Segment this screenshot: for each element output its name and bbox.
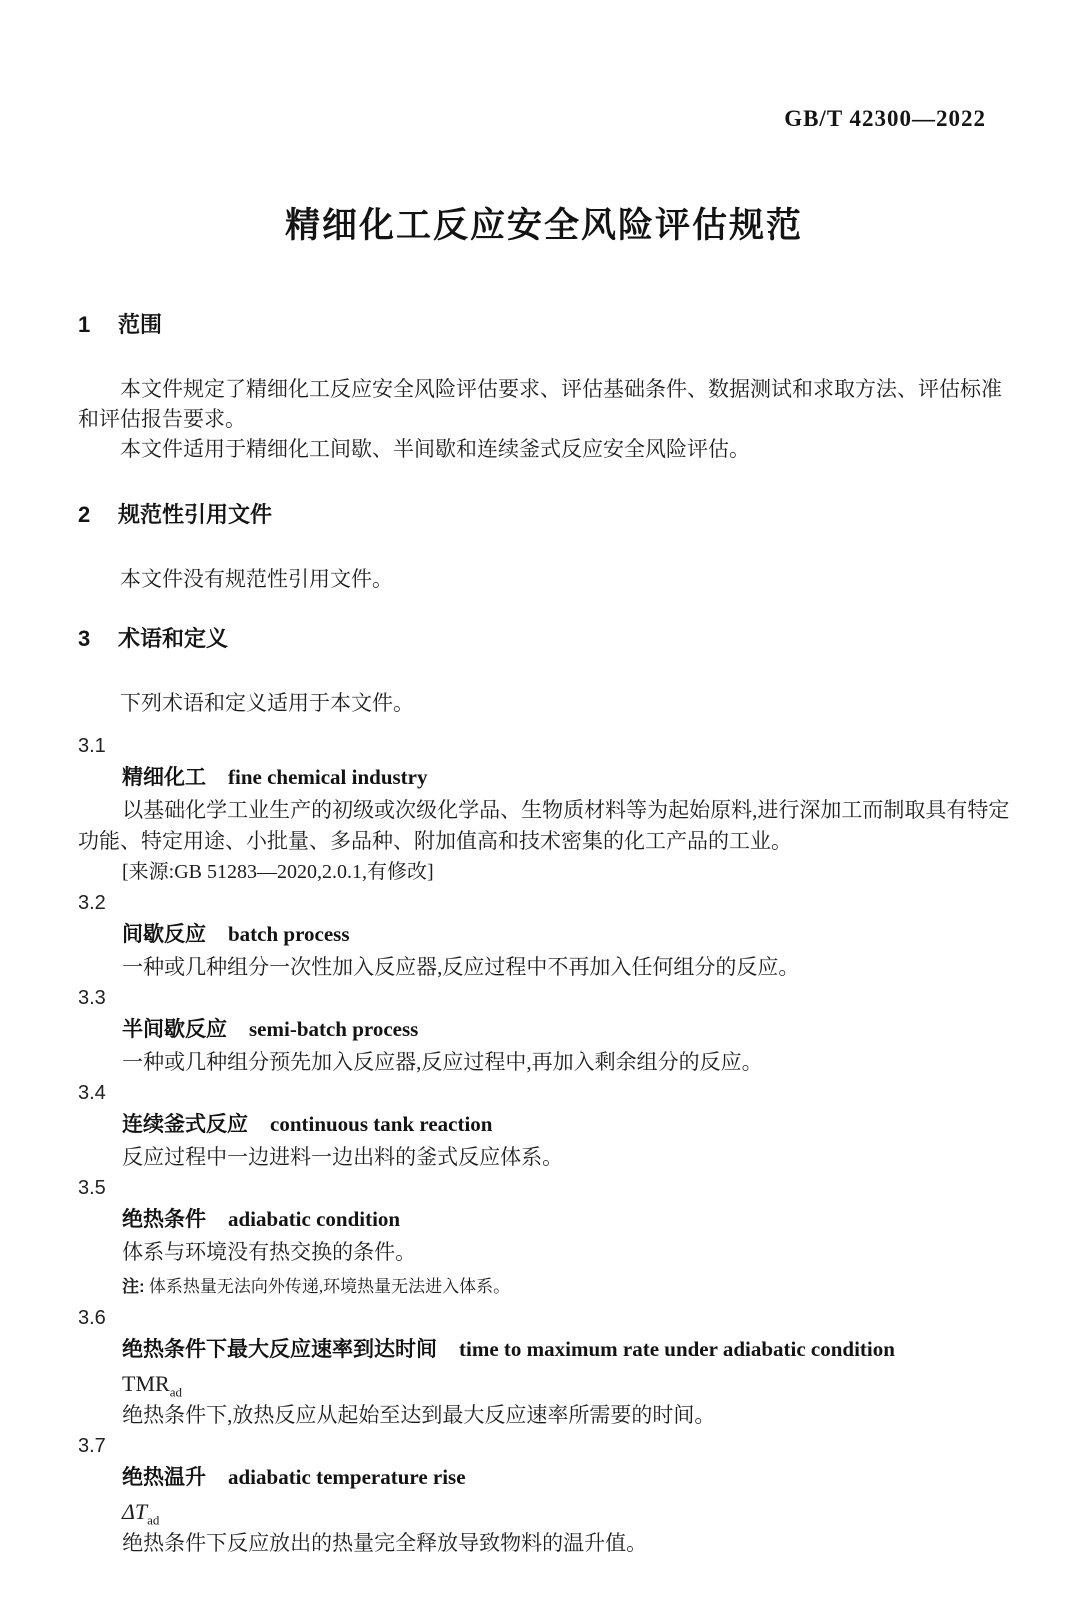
term-title-zh: 绝热条件下最大反应速率到达时间 xyxy=(122,1338,437,1361)
symbol-main: ΔT xyxy=(122,1499,147,1524)
term-symbol: TMRad xyxy=(78,1367,1010,1400)
term-3-6: 3.6 绝热条件下最大反应速率到达时间time to maximum rate … xyxy=(78,1303,1010,1431)
term-number: 3.7 xyxy=(78,1431,1010,1462)
term-heading: 连续釜式反应continuous tank reaction xyxy=(78,1109,1010,1142)
section-heading: 1范围 xyxy=(78,312,1010,338)
document-title: 精细化工反应安全风险评估规范 xyxy=(78,206,1010,246)
term-definition: 以基础化学工业生产的初级或次级化学品、生物质材料等为起始原料,进行深加工而制取具… xyxy=(78,795,1010,857)
section-heading: 2规范性引用文件 xyxy=(78,502,1010,528)
section-body: 本文件规定了精细化工反应安全风险评估要求、评估基础条件、数据测试和求取方法、评估… xyxy=(78,374,1010,464)
term-heading: 精细化工fine chemical industry xyxy=(78,762,1010,795)
term-number: 3.6 xyxy=(78,1303,1010,1334)
term-title-en: semi-batch process xyxy=(249,1017,418,1041)
term-definition: 一种或几种组分预先加入反应器,反应过程中,再加入剩余组分的反应。 xyxy=(78,1047,1010,1078)
term-definition: 反应过程中一边进料一边出料的釜式反应体系。 xyxy=(78,1142,1010,1173)
term-definition: 一种或几种组分一次性加入反应器,反应过程中不再加入任何组分的反应。 xyxy=(78,952,1010,983)
paragraph: 下列术语和定义适用于本文件。 xyxy=(78,688,1010,718)
term-title-en: fine chemical industry xyxy=(228,765,428,789)
term-3-2: 3.2 间歇反应batch process 一种或几种组分一次性加入反应器,反应… xyxy=(78,888,1010,983)
term-3-7: 3.7 绝热温升adiabatic temperature rise ΔTad … xyxy=(78,1431,1010,1559)
term-number: 3.5 xyxy=(78,1173,1010,1204)
term-3-5: 3.5 绝热条件adiabatic condition 体系与环境没有热交换的条… xyxy=(78,1173,1010,1301)
symbol-subscript: ad xyxy=(170,1384,182,1399)
term-number: 3.1 xyxy=(78,731,1010,762)
term-3-1: 3.1 精细化工fine chemical industry 以基础化学工业生产… xyxy=(78,731,1010,888)
term-3-3: 3.3 半间歇反应semi-batch process 一种或几种组分预先加入反… xyxy=(78,983,1010,1078)
term-heading: 绝热条件adiabatic condition xyxy=(78,1204,1010,1237)
section-heading: 3术语和定义 xyxy=(78,626,1010,652)
section-number: 1 xyxy=(78,312,118,338)
term-title-en: batch process xyxy=(228,922,350,946)
section-body: 本文件没有规范性引用文件。 xyxy=(78,564,1010,594)
paragraph: 本文件规定了精细化工反应安全风险评估要求、评估基础条件、数据测试和求取方法、评估… xyxy=(78,374,1010,434)
term-title-zh: 绝热温升 xyxy=(122,1466,206,1489)
symbol-main: TMR xyxy=(122,1371,170,1396)
term-title-zh: 间歇反应 xyxy=(122,923,206,946)
section-title: 规范性引用文件 xyxy=(118,502,272,527)
term-number: 3.3 xyxy=(78,983,1010,1014)
term-title-en: continuous tank reaction xyxy=(270,1112,492,1136)
standard-number: GB/T 42300—2022 xyxy=(78,106,1010,132)
term-definition: 绝热条件下,放热反应从起始至达到最大反应速率所需要的时间。 xyxy=(78,1400,1010,1431)
section-number: 2 xyxy=(78,502,118,528)
term-heading: 绝热温升adiabatic temperature rise xyxy=(78,1462,1010,1495)
term-heading: 半间歇反应semi-batch process xyxy=(78,1014,1010,1047)
section-number: 3 xyxy=(78,626,118,652)
terms-list: 3.1 精细化工fine chemical industry 以基础化学工业生产… xyxy=(78,731,1010,1559)
term-definition: 体系与环境没有热交换的条件。 xyxy=(78,1237,1010,1268)
term-definition: 绝热条件下反应放出的热量完全释放导致物料的温升值。 xyxy=(78,1528,1010,1559)
term-source: [来源:GB 51283—2020,2.0.1,有修改] xyxy=(78,857,1010,888)
section-normative-references: 2规范性引用文件 本文件没有规范性引用文件。 xyxy=(78,502,1010,594)
term-title-zh: 绝热条件 xyxy=(122,1208,206,1231)
document-page: GB/T 42300—2022 精细化工反应安全风险评估规范 1范围 本文件规定… xyxy=(0,0,1080,1607)
term-title-zh: 连续釜式反应 xyxy=(122,1113,248,1136)
section-title: 范围 xyxy=(118,312,162,337)
term-note: 注: 体系热量无法向外传递,环境热量无法进入体系。 xyxy=(78,1273,1010,1301)
term-title-en: adiabatic condition xyxy=(228,1207,400,1231)
section-title: 术语和定义 xyxy=(118,626,228,651)
note-text: 体系热量无法向外传递,环境热量无法进入体系。 xyxy=(149,1277,510,1296)
symbol-subscript: ad xyxy=(147,1512,159,1527)
note-label: 注: xyxy=(122,1277,145,1296)
term-title-en: adiabatic temperature rise xyxy=(228,1465,466,1489)
section-terms-definitions: 3术语和定义 下列术语和定义适用于本文件。 xyxy=(78,626,1010,718)
section-scope: 1范围 本文件规定了精细化工反应安全风险评估要求、评估基础条件、数据测试和求取方… xyxy=(78,312,1010,464)
term-title-zh: 精细化工 xyxy=(122,766,206,789)
term-symbol: ΔTad xyxy=(78,1495,1010,1528)
term-title-zh: 半间歇反应 xyxy=(122,1018,227,1041)
term-heading: 绝热条件下最大反应速率到达时间time to maximum rate unde… xyxy=(78,1334,1010,1367)
paragraph: 本文件没有规范性引用文件。 xyxy=(78,564,1010,594)
term-title-en: time to maximum rate under adiabatic con… xyxy=(459,1337,895,1361)
section-body: 下列术语和定义适用于本文件。 xyxy=(78,688,1010,718)
term-heading: 间歇反应batch process xyxy=(78,919,1010,952)
term-number: 3.2 xyxy=(78,888,1010,919)
paragraph: 本文件适用于精细化工间歇、半间歇和连续釜式反应安全风险评估。 xyxy=(78,434,1010,464)
term-3-4: 3.4 连续釜式反应continuous tank reaction 反应过程中… xyxy=(78,1078,1010,1173)
term-number: 3.4 xyxy=(78,1078,1010,1109)
